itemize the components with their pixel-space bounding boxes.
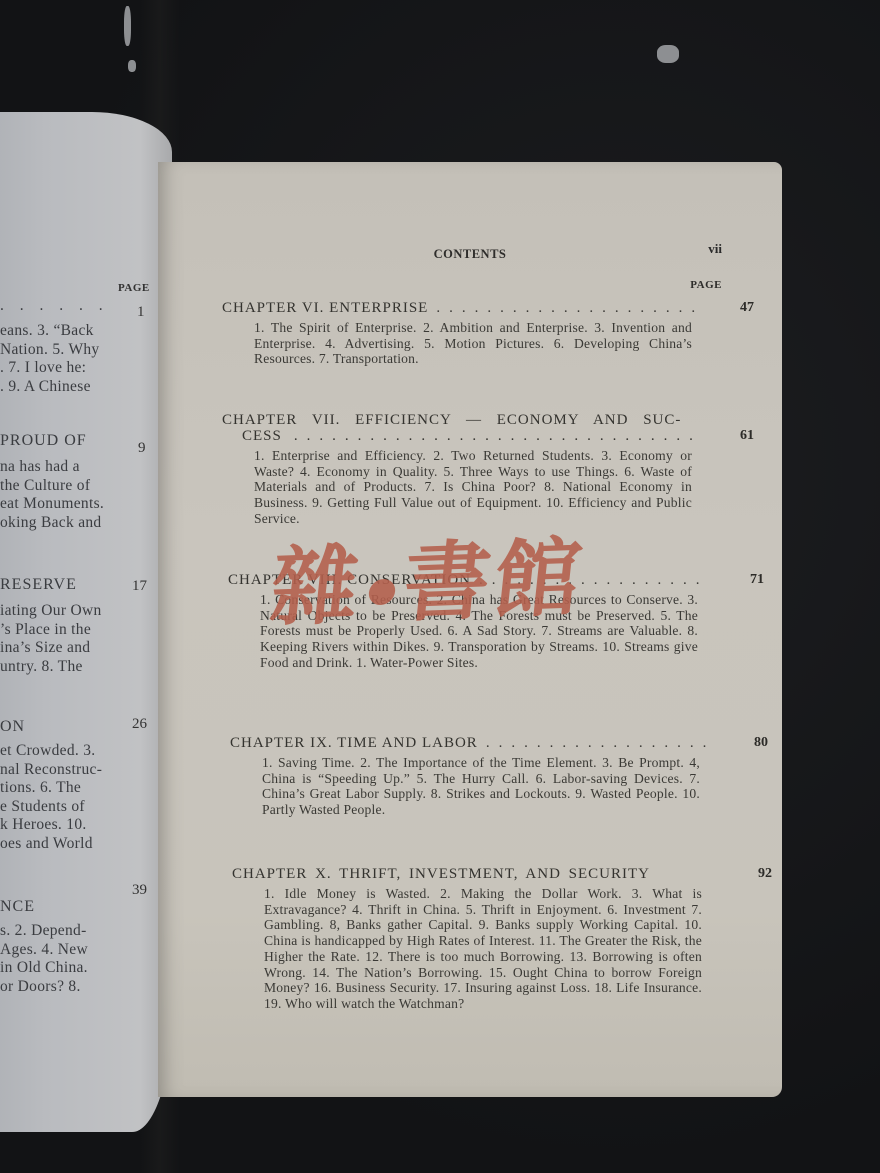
leader-dots: . . . . . . [0,297,109,316]
text-line: et Crowded. 3. [0,742,102,761]
text-line: . 9. A Chinese [0,378,100,397]
text-line: the Culture of [0,477,104,496]
page-number: 9 [138,440,146,457]
chapter-sections-fragment: iating Our Own ’s Place in the ina’s Siz… [0,602,102,676]
text-line: Ages. 4. New [0,941,88,960]
paper-fleck [128,60,136,72]
chapter-page-number: 80 [754,735,768,751]
chapter-page-number: 61 [740,428,754,444]
chapter-sections-fragment: na has had a the Culture of eat Monument… [0,458,104,532]
text-line: oking Back and [0,514,104,533]
text-line: ina’s Size and [0,639,102,658]
text-line: tions. 6. The [0,779,102,798]
chapter-title-row: CESS ...................................… [222,428,698,444]
chapter-title-fragment: ON [0,718,25,737]
text-line: . 7. I love he: [0,359,100,378]
chapter-sections-fragment: et Crowded. 3. nal Reconstruc- tions. 6.… [0,742,102,853]
chapter-title-line-2: CESS [222,428,282,444]
text-line: in Old China. [0,959,88,978]
chapter-title-fragment: PROUD OF [0,432,87,451]
text-line: or Doors? 8. [0,978,88,997]
running-head: CONTENTS [158,247,782,262]
chapter-sections: 1. Enterprise and Efficiency. 2. Two Ret… [222,448,698,527]
text-line: untry. 8. The [0,658,102,677]
toc-entry-chapter-6: CHAPTER VI. ENTERPRISE .................… [222,300,698,367]
chapter-title: CHAPTER IX. TIME AND LABOR [230,735,478,751]
chapter-title: CHAPTER X. THRIFT, INVESTMENT, AND SECUR… [232,866,650,882]
paper-fleck [124,6,131,46]
left-page-column-label: PAGE [118,282,150,294]
chapter-sections-fragment: s. 2. Depend- Ages. 4. New in Old China.… [0,922,88,996]
text-line: iating Our Own [0,602,102,621]
chapter-title-fragment: NCE [0,898,35,917]
chapter-page-number: 71 [750,572,764,588]
text-line: na has had a [0,458,104,477]
text-line: s. 2. Depend- [0,922,88,941]
chapter-title-row: CHAPTER VI. ENTERPRISE .................… [222,300,698,316]
chapter-title: CHAPTER VI. ENTERPRISE [222,300,428,316]
page-column-label: PAGE [690,279,722,291]
leader-dots: ................................ [436,300,698,316]
chapter-sections-fragment: eans. 3. “Back Nation. 5. Why . 7. I lov… [0,322,100,396]
chapter-title-row: CHAPTER IX. TIME AND LABOR .............… [230,735,706,751]
page-number: 1 [137,304,145,321]
chapter-title-row: CHAPTER X. THRIFT, INVESTMENT, AND SECUR… [232,866,708,882]
chapter-page-number: 47 [740,300,754,316]
toc-entry-chapter-10: CHAPTER X. THRIFT, INVESTMENT, AND SECUR… [232,866,708,1012]
text-line: ’s Place in the [0,621,102,640]
stamp-character-left: 雜 [266,535,367,639]
text-line: e Students of [0,798,102,817]
page-number: 17 [132,578,147,595]
text-line: eans. 3. “Back [0,322,100,341]
paper-fleck [657,45,679,63]
chapter-sections: 1. The Spirit of Enterprise. 2. Ambition… [222,320,698,367]
leader-dots: ................................ [486,735,706,751]
page-number: 26 [132,716,147,733]
text-line: k Heroes. 10. [0,816,102,835]
text-line: eat Monuments. [0,495,104,514]
left-page-text-area: PAGE . . . . . . 1 eans. 3. “Back Nation… [0,112,125,1132]
leader-dots: ........................................… [294,428,698,444]
chapter-title-line-1: CHAPTER VII. EFFICIENCY — ECONOMY AND SU… [222,412,698,428]
text-line: Nation. 5. Why [0,341,100,360]
toc-entry-chapter-7: CHAPTER VII. EFFICIENCY — ECONOMY AND SU… [222,412,698,527]
text-line: nal Reconstruc- [0,761,102,780]
chapter-page-number: 92 [758,866,772,882]
folio-page-number: vii [708,241,722,257]
chapter-sections: 1. Saving Time. 2. The Importance of the… [230,755,706,818]
stamp-characters-right: 書館 [399,527,590,634]
text-line: oes and World [0,835,102,854]
left-page: PAGE . . . . . . 1 eans. 3. “Back Nation… [0,112,172,1132]
page-number: 39 [132,882,147,899]
library-stamp: 雜書館 [265,522,618,644]
chapter-sections: 1. Idle Money is Wasted. 2. Making the D… [232,886,708,1012]
stamp-dot [368,578,397,605]
chapter-title-fragment: RESERVE [0,576,77,595]
toc-entry-chapter-9: CHAPTER IX. TIME AND LABOR .............… [230,735,706,818]
